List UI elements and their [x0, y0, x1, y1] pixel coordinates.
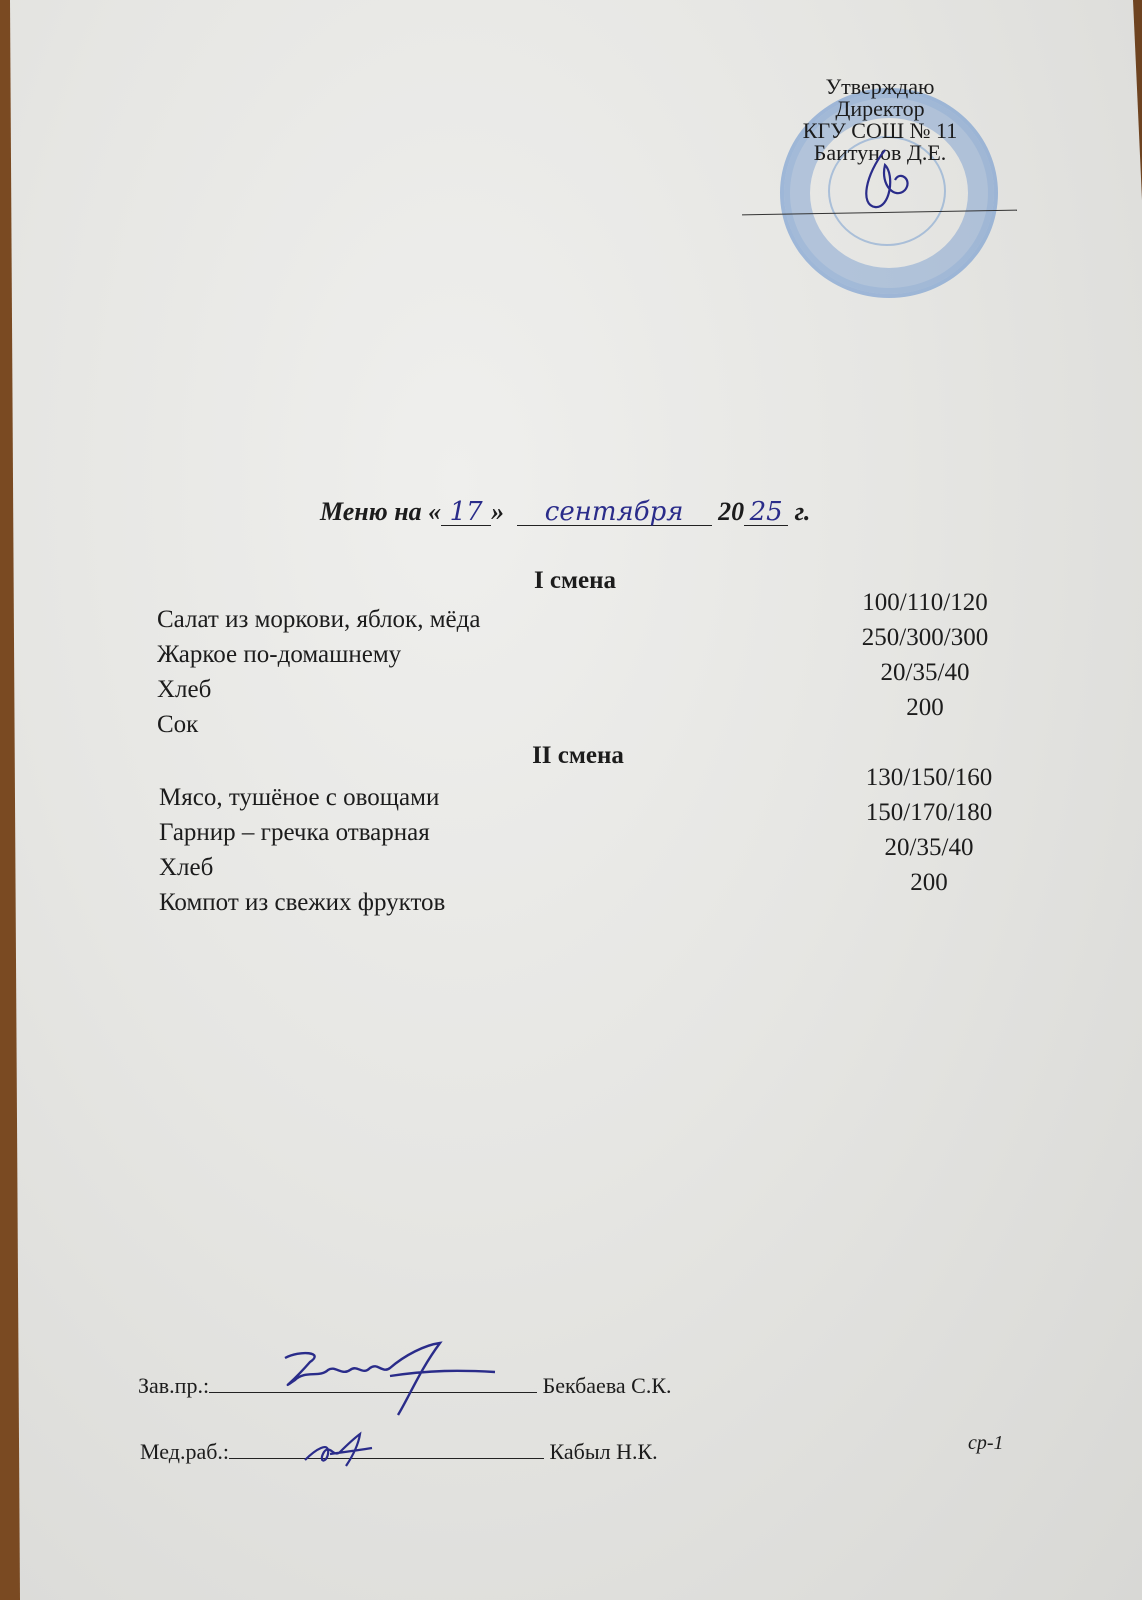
menu-title: Меню на «17» сентября 2025 г.: [320, 497, 810, 527]
signature-line: [229, 1438, 544, 1459]
menu-item: Салат из моркови, яблок, мёда: [157, 602, 480, 637]
item-weight: 150/170/180: [814, 795, 1044, 830]
handwritten-year: 25: [744, 499, 788, 526]
menu-item: Жаркое по-домашнему: [157, 637, 480, 672]
medical-label: Мед.раб.:: [140, 1439, 229, 1464]
director-signature-icon: [855, 145, 915, 215]
title-prefix: Меню на «: [320, 497, 441, 526]
shift-1-heading: I смена: [425, 567, 725, 595]
item-weight: 250/300/300: [810, 620, 1040, 655]
handwritten-month: сентября: [517, 499, 712, 526]
item-weight: 130/150/160: [814, 760, 1044, 795]
item-weight: 200: [814, 865, 1044, 900]
shift-2-weights: 130/150/160 150/170/180 20/35/40 200: [814, 760, 1044, 900]
title-quote: »: [491, 497, 504, 526]
menu-item: Мясо, тушёное с овощами: [159, 780, 445, 815]
item-weight: 20/35/40: [814, 830, 1044, 865]
shift-1-items: Салат из моркови, яблок, мёда Жаркое по-…: [157, 602, 480, 742]
approval-line: Директор: [745, 98, 1015, 120]
title-year-mark: г.: [795, 497, 811, 526]
shift-1-weights: 100/110/120 250/300/300 20/35/40 200: [810, 585, 1040, 725]
item-weight: 20/35/40: [810, 655, 1040, 690]
production-head-name: Бекбаева С.К.: [543, 1373, 672, 1398]
menu-item: Хлеб: [157, 672, 480, 707]
menu-item: Хлеб: [159, 850, 445, 885]
menu-document: Утверждаю Директор КГУ СОШ № 11 Баитунов…: [0, 0, 1142, 1600]
menu-item: Компот из свежих фруктов: [159, 885, 445, 920]
production-head-signature-icon: [270, 1340, 510, 1420]
title-year-prefix: 20: [718, 497, 744, 526]
approval-line: КГУ СОШ № 11: [745, 120, 1015, 142]
medical-signature-row: Мед.раб.: Кабыл Н.К.: [140, 1438, 658, 1465]
item-weight: 200: [810, 690, 1040, 725]
shift-2-heading: II смена: [428, 742, 728, 770]
medical-name: Кабыл Н.К.: [550, 1439, 658, 1464]
handwritten-day: 17: [441, 499, 491, 526]
menu-item: Сок: [157, 707, 480, 742]
shift-2-items: Мясо, тушёное с овощами Гарнир – гречка …: [159, 780, 445, 920]
menu-item: Гарнир – гречка отварная: [159, 815, 445, 850]
production-head-label: Зав.пр.:: [138, 1373, 209, 1398]
medical-signature-icon: [300, 1432, 380, 1472]
document-code: ср-1: [968, 1432, 1004, 1455]
item-weight: 100/110/120: [810, 585, 1040, 620]
approval-line: Утверждаю: [745, 76, 1015, 98]
